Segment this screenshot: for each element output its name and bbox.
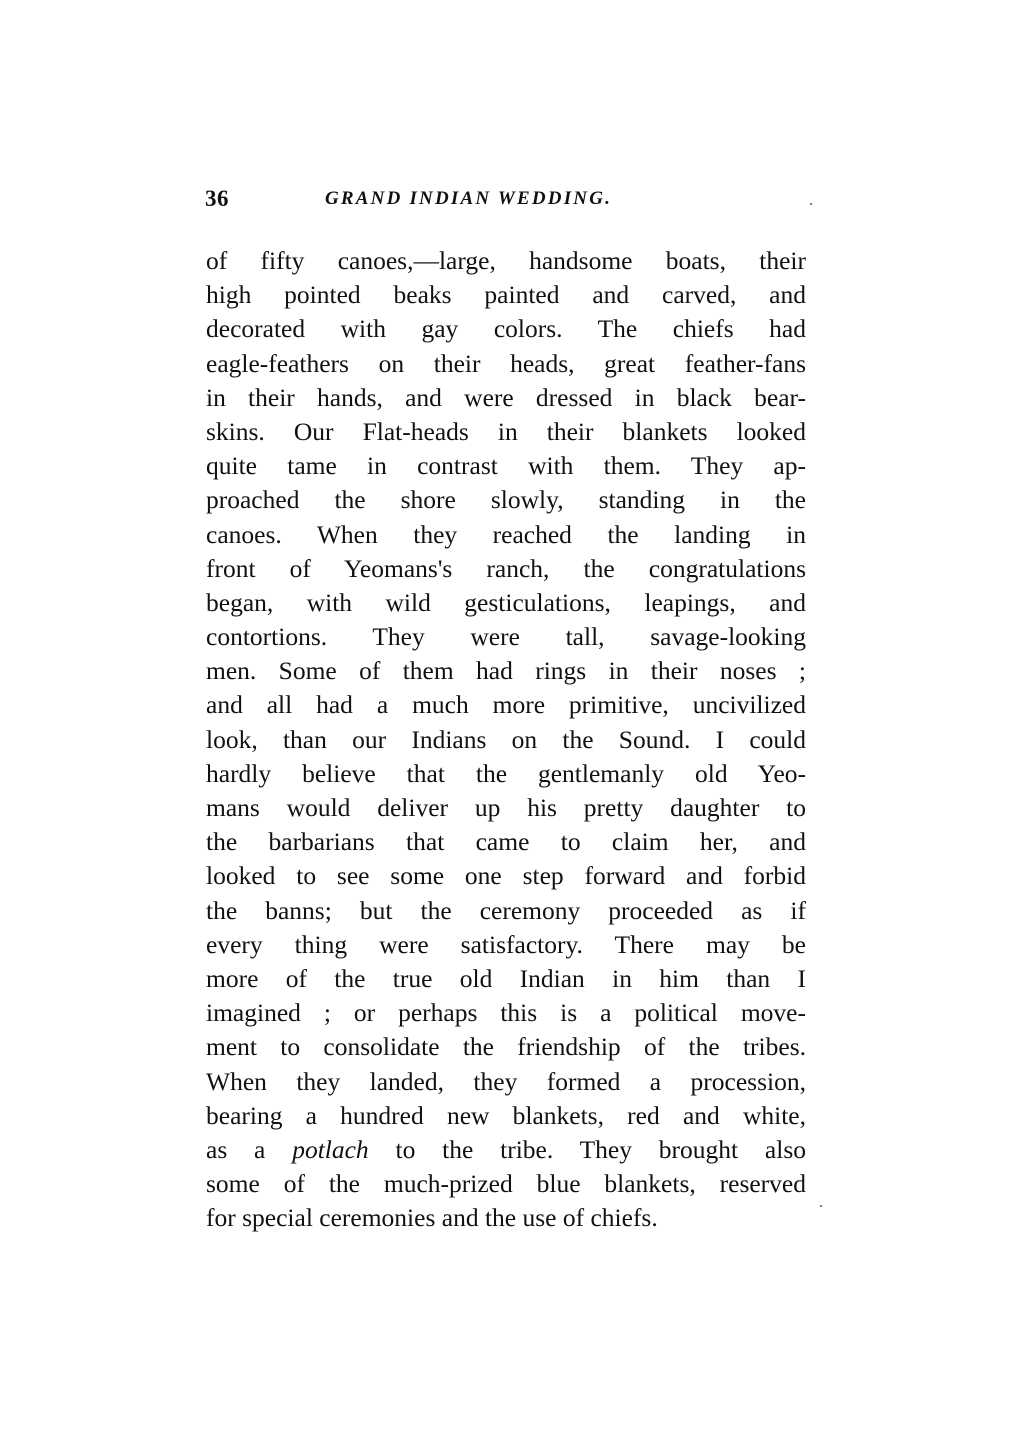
running-title: GRAND INDIAN WEDDING. xyxy=(325,188,612,210)
text-line: began, with wild gesticulations, leaping… xyxy=(206,586,806,620)
text-line: canoes. When they reached the landing in xyxy=(206,518,806,552)
text-fragment: to the tribe. They brought also xyxy=(369,1135,806,1164)
text-line: men. Some of them had rings in their nos… xyxy=(206,654,806,688)
text-line: decorated with gay colors. The chiefs ha… xyxy=(206,312,806,346)
text-line: the banns; but the ceremony proceeded as… xyxy=(206,894,806,928)
text-fragment: as a xyxy=(206,1135,292,1164)
text-line: skins. Our Flat-heads in their blankets … xyxy=(206,415,806,449)
text-line: every thing were satisfactory. There may… xyxy=(206,928,806,962)
text-line: contortions. They were tall, savage-look… xyxy=(206,620,806,654)
text-line: eagle-feathers on their heads, great fea… xyxy=(206,347,806,381)
text-line: When they landed, they formed a processi… xyxy=(206,1065,806,1099)
text-line: more of the true old Indian in him than … xyxy=(206,962,806,996)
text-line: bearing a hundred new blankets, red and … xyxy=(206,1099,806,1133)
running-head: 36 GRAND INDIAN WEDDING. xyxy=(205,186,815,216)
text-line: hardly believe that the gentlemanly old … xyxy=(206,757,806,791)
text-line: of fifty canoes,—large, handsome boats, … xyxy=(206,244,806,278)
italic-term-potlach: potlach xyxy=(292,1135,369,1164)
text-line: the barbarians that came to claim her, a… xyxy=(206,825,806,859)
body-text: of fifty canoes,—large, handsome boats, … xyxy=(206,244,806,1235)
print-speck xyxy=(810,203,812,205)
text-line: looked to see some one step forward and … xyxy=(206,859,806,893)
text-line: ment to consolidate the friendship of th… xyxy=(206,1030,806,1064)
text-line: quite tame in contrast with them. They a… xyxy=(206,449,806,483)
book-page: 36 GRAND INDIAN WEDDING. of fifty canoes… xyxy=(0,0,1010,1447)
text-line: high pointed beaks painted and carved, a… xyxy=(206,278,806,312)
text-line: some of the much-prized blue blankets, r… xyxy=(206,1167,806,1201)
text-line: mans would deliver up his pretty daughte… xyxy=(206,791,806,825)
text-line-with-italic: as a potlach to the tribe. They brought … xyxy=(206,1133,806,1167)
text-line: look, than our Indians on the Sound. I c… xyxy=(206,723,806,757)
text-line: front of Yeomans's ranch, the congratula… xyxy=(206,552,806,586)
text-line: in their hands, and were dressed in blac… xyxy=(206,381,806,415)
text-line-last: for special ceremonies and the use of ch… xyxy=(206,1201,806,1235)
text-line: imagined ; or perhaps this is a politica… xyxy=(206,996,806,1030)
text-line: and all had a much more primitive, unciv… xyxy=(206,688,806,722)
print-speck xyxy=(820,1205,822,1207)
page-number: 36 xyxy=(205,186,229,212)
text-line: proached the shore slowly, standing in t… xyxy=(206,483,806,517)
